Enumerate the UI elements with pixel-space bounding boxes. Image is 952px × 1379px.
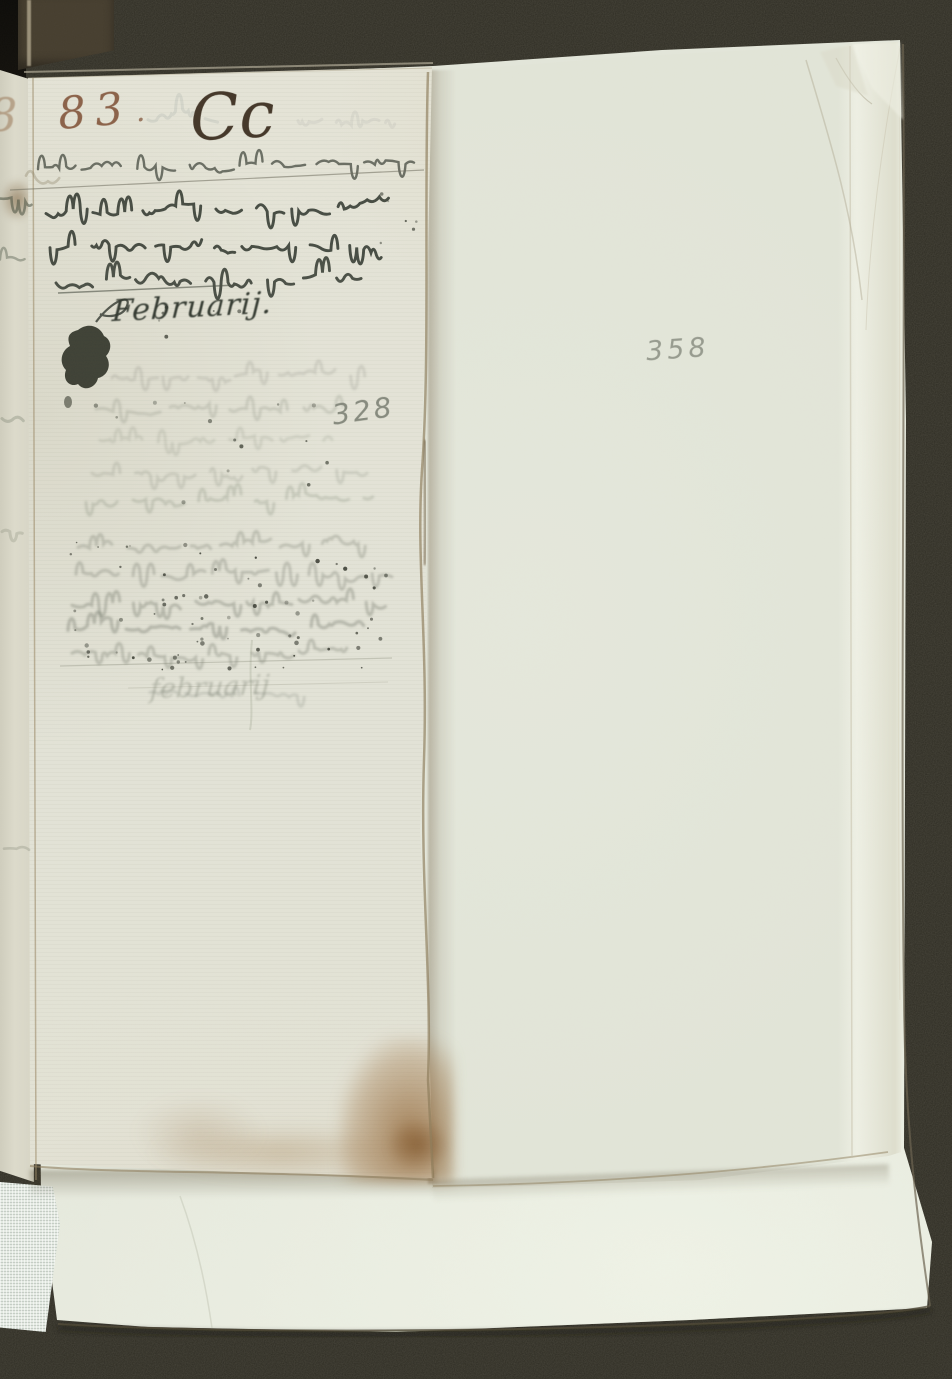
manuscript-scan: 8 83 . Cc Februarij. februarij 328 358 xyxy=(0,0,952,1379)
paper-stain xyxy=(386,1118,450,1172)
binding-thread xyxy=(27,0,31,66)
page-edge-shadow xyxy=(428,70,456,1184)
